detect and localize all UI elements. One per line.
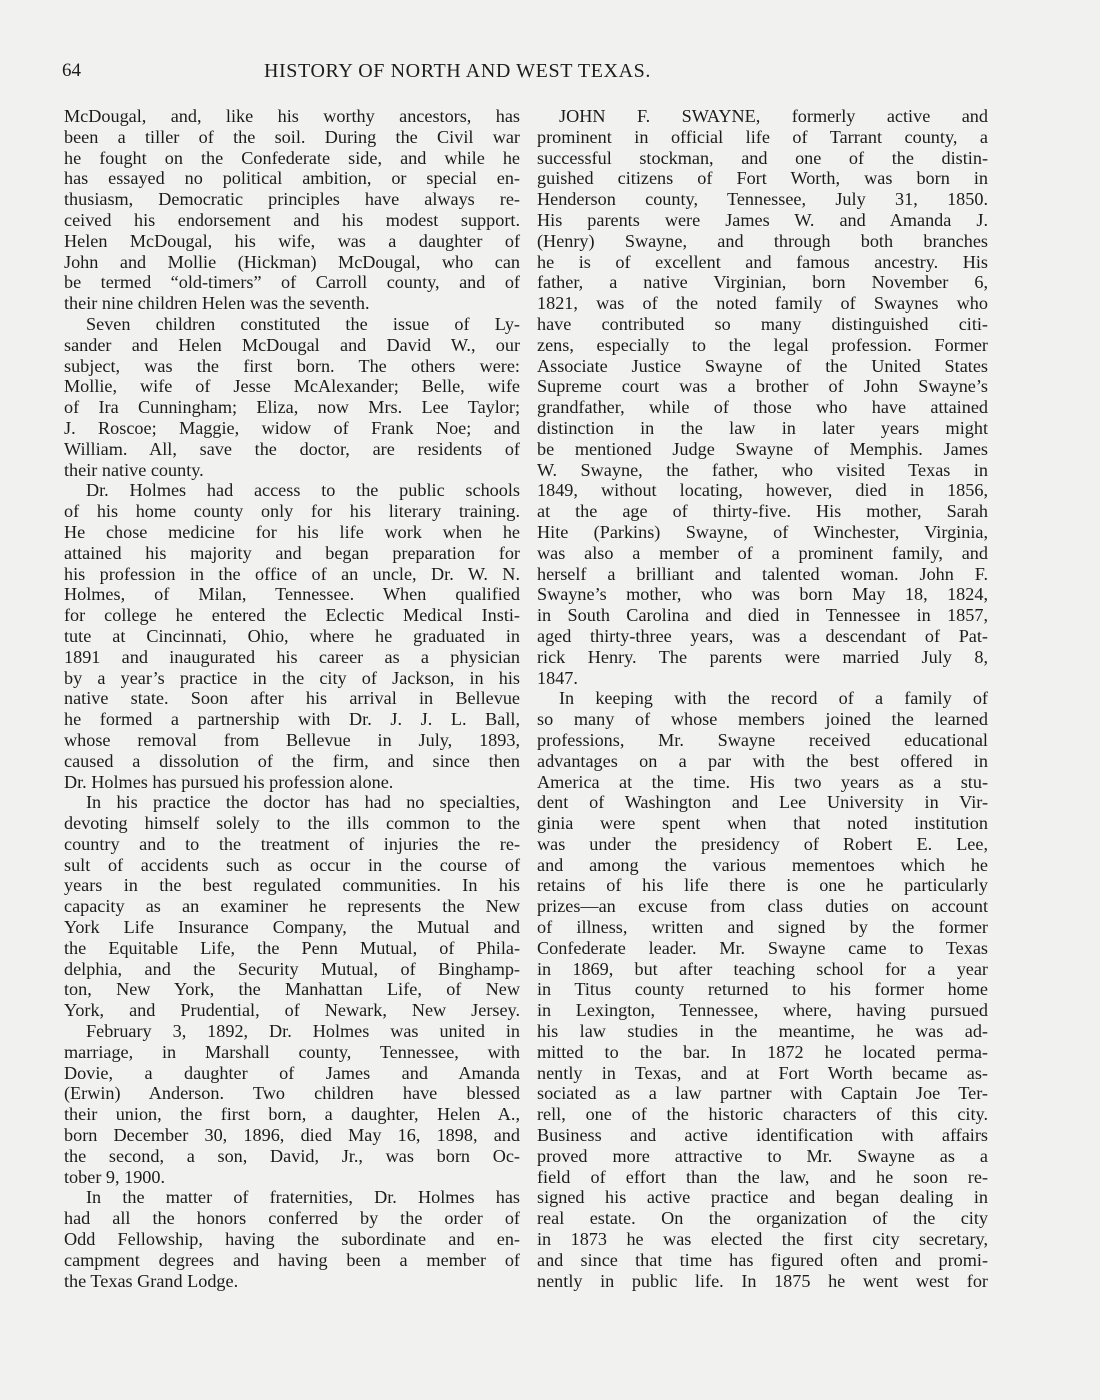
text-line: the Equitable Life, the Penn Mutual, of …: [64, 938, 520, 959]
text-line: in Titus county returned to his former h…: [537, 979, 988, 1000]
text-line: of his home county only for his literary…: [64, 501, 520, 522]
text-line: for college he entered the Eclectic Medi…: [64, 605, 520, 626]
text-line: their union, the first born, a daughter,…: [64, 1104, 520, 1125]
text-line: campment degrees and having been a membe…: [64, 1250, 520, 1271]
text-line: ceived his endorsement and his modest su…: [64, 210, 520, 231]
text-line: delphia, and the Security Mutual, of Bin…: [64, 959, 520, 980]
text-line: John and Mollie (Hickman) McDougal, who …: [64, 252, 520, 273]
text-line: grandfather, while of those who have att…: [537, 397, 988, 418]
text-line: and since that time has figured often an…: [537, 1250, 988, 1271]
text-line: had all the honors conferred by the orde…: [64, 1208, 520, 1229]
text-line: at the age of thirty-five. His mother, S…: [537, 501, 988, 522]
text-line: been a tiller of the soil. During the Ci…: [64, 127, 520, 148]
text-line: Business and active identification with …: [537, 1125, 988, 1146]
text-line: real estate. On the organization of the …: [537, 1208, 988, 1229]
text-line: York, and Prudential, of Newark, New Jer…: [64, 1000, 520, 1021]
text-line: the Texas Grand Lodge.: [64, 1271, 520, 1292]
text-line: in Lexington, Tennessee, where, having p…: [537, 1000, 988, 1021]
text-line: JOHN F. SWAYNE, formerly active and: [537, 106, 988, 127]
right-column: JOHN F. SWAYNE, formerly active andpromi…: [537, 106, 988, 1291]
text-line: devoting himself solely to the ills comm…: [64, 813, 520, 834]
text-line: by a year’s practice in the city of Jack…: [64, 668, 520, 689]
text-line: be termed “old-timers” of Carroll county…: [64, 272, 520, 293]
text-line: of illness, written and signed by the fo…: [537, 917, 988, 938]
text-line: native state. Soon after his arrival in …: [64, 688, 520, 709]
text-line: Dovie, a daughter of James and Amanda: [64, 1063, 520, 1084]
text-line: he fought on the Confederate side, and w…: [64, 148, 520, 169]
text-line: ton, New York, the Manhattan Life, of Ne…: [64, 979, 520, 1000]
text-line: Swayne’s mother, who was born May 18, 18…: [537, 584, 988, 605]
running-title: HISTORY OF NORTH AND WEST TEXAS.: [264, 60, 651, 83]
text-line: of Ira Cunningham; Eliza, now Mrs. Lee T…: [64, 397, 520, 418]
text-line: Mollie, wife of Jesse McAlexander; Belle…: [64, 376, 520, 397]
text-line: father, a native Virginian, born Novembe…: [537, 272, 988, 293]
text-line: 1891 and inaugurated his career as a phy…: [64, 647, 520, 668]
text-line: sult of accidents such as occur in the c…: [64, 855, 520, 876]
text-line: the second, a son, David, Jr., was born …: [64, 1146, 520, 1167]
text-line: February 3, 1892, Dr. Holmes was united …: [64, 1021, 520, 1042]
text-line: years in the best regulated communities.…: [64, 875, 520, 896]
text-line: he is of excellent and famous ancestry. …: [537, 252, 988, 273]
text-line: nently in public life. In 1875 he went w…: [537, 1271, 988, 1292]
text-line: born December 30, 1896, died May 16, 189…: [64, 1125, 520, 1146]
book-page: 64 HISTORY OF NORTH AND WEST TEXAS. McDo…: [0, 0, 1100, 1400]
text-line: attained his majority and began preparat…: [64, 543, 520, 564]
text-line: nently in Texas, and at Fort Worth becam…: [537, 1063, 988, 1084]
text-line: signed his active practice and began dea…: [537, 1187, 988, 1208]
text-line: 1849, without locating, however, died in…: [537, 480, 988, 501]
text-line: proved more attractive to Mr. Swayne as …: [537, 1146, 988, 1167]
text-line: tute at Cincinnati, Ohio, where he gradu…: [64, 626, 520, 647]
text-line: in 1869, but after teaching school for a…: [537, 959, 988, 980]
text-line: Helen McDougal, his wife, was a daughter…: [64, 231, 520, 252]
text-line: field of effort than the law, and he soo…: [537, 1167, 988, 1188]
text-line: professions, Mr. Swayne received educati…: [537, 730, 988, 751]
text-line: Hite (Parkins) Swayne, of Winchester, Vi…: [537, 522, 988, 543]
text-line: capacity as an examiner he represents th…: [64, 896, 520, 917]
text-line: In keeping with the record of a family o…: [537, 688, 988, 709]
text-line: J. Roscoe; Maggie, widow of Frank Noe; a…: [64, 418, 520, 439]
text-line: guished citizens of Fort Worth, was born…: [537, 168, 988, 189]
text-line: America at the time. His two years as a …: [537, 772, 988, 793]
text-line: In his practice the doctor has had no sp…: [64, 792, 520, 813]
text-line: Dr. Holmes had access to the public scho…: [64, 480, 520, 501]
text-line: retains of his life there is one he part…: [537, 875, 988, 896]
text-line: his law studies in the meantime, he was …: [537, 1021, 988, 1042]
running-head: 64 HISTORY OF NORTH AND WEST TEXAS.: [62, 60, 782, 90]
text-line: Holmes, of Milan, Tennessee. When qualif…: [64, 584, 520, 605]
text-line: Henderson county, Tennessee, July 31, 18…: [537, 189, 988, 210]
text-line: distinction in the law in later years mi…: [537, 418, 988, 439]
text-line: prominent in official life of Tarrant co…: [537, 127, 988, 148]
text-line: was also a member of a prominent family,…: [537, 543, 988, 564]
text-line: William. All, save the doctor, are resid…: [64, 439, 520, 460]
text-line: he formed a partnership with Dr. J. J. L…: [64, 709, 520, 730]
text-line: subject, was the first born. The others …: [64, 356, 520, 377]
text-line: whose removal from Bellevue in July, 189…: [64, 730, 520, 751]
text-line: successful stockman, and one of the dist…: [537, 148, 988, 169]
text-line: Associate Justice Swayne of the United S…: [537, 356, 988, 377]
text-line: in South Carolina and died in Tennessee …: [537, 605, 988, 626]
text-line: Dr. Holmes has pursued his profession al…: [64, 772, 520, 793]
text-line: Confederate leader. Mr. Swayne came to T…: [537, 938, 988, 959]
text-line: and among the various mementoes which he: [537, 855, 988, 876]
text-line: He chose medicine for his life work when…: [64, 522, 520, 543]
text-line: 1847.: [537, 668, 988, 689]
text-line: country and to the treatment of injuries…: [64, 834, 520, 855]
left-column: McDougal, and, like his worthy ancestors…: [64, 106, 520, 1291]
text-line: have contributed so many distinguished c…: [537, 314, 988, 335]
text-line: their nine children Helen was the sevent…: [64, 293, 520, 314]
text-line: be mentioned Judge Swayne of Memphis. Ja…: [537, 439, 988, 460]
page-number: 64: [62, 60, 81, 82]
text-line: has essayed no political ambition, or sp…: [64, 168, 520, 189]
text-line: in 1873 he was elected the first city se…: [537, 1229, 988, 1250]
text-line: advantages on a par with the best offere…: [537, 751, 988, 772]
text-line: tober 9, 1900.: [64, 1167, 520, 1188]
text-line: McDougal, and, like his worthy ancestors…: [64, 106, 520, 127]
text-line: York Life Insurance Company, the Mutual …: [64, 917, 520, 938]
text-line: herself a brilliant and talented woman. …: [537, 564, 988, 585]
text-line: sander and Helen McDougal and David W., …: [64, 335, 520, 356]
text-line: W. Swayne, the father, who visited Texas…: [537, 460, 988, 481]
text-line: so many of whose members joined the lear…: [537, 709, 988, 730]
text-line: His parents were James W. and Amanda J.: [537, 210, 988, 231]
text-line: Supreme court was a brother of John Sway…: [537, 376, 988, 397]
text-line: aged thirty-three years, was a descendan…: [537, 626, 988, 647]
text-line: (Henry) Swayne, and through both branche…: [537, 231, 988, 252]
text-line: rell, one of the historic characters of …: [537, 1104, 988, 1125]
text-line: Odd Fellowship, having the subordinate a…: [64, 1229, 520, 1250]
text-line: ginia were spent when that noted institu…: [537, 813, 988, 834]
text-line: In the matter of fraternities, Dr. Holme…: [64, 1187, 520, 1208]
text-line: caused a dissolution of the firm, and si…: [64, 751, 520, 772]
text-line: zens, especially to the legal profession…: [537, 335, 988, 356]
text-line: Seven children constituted the issue of …: [64, 314, 520, 335]
text-line: 1821, was of the noted family of Swaynes…: [537, 293, 988, 314]
text-line: thusiasm, Democratic principles have alw…: [64, 189, 520, 210]
text-line: sociated as a law partner with Captain J…: [537, 1083, 988, 1104]
text-line: (Erwin) Anderson. Two children have bles…: [64, 1083, 520, 1104]
text-line: dent of Washington and Lee University in…: [537, 792, 988, 813]
text-line: their native county.: [64, 460, 520, 481]
text-line: marriage, in Marshall county, Tennessee,…: [64, 1042, 520, 1063]
text-line: prizes—an excuse from class duties on ac…: [537, 896, 988, 917]
text-line: was under the presidency of Robert E. Le…: [537, 834, 988, 855]
text-line: his profession in the office of an uncle…: [64, 564, 520, 585]
text-line: mitted to the bar. In 1872 he located pe…: [537, 1042, 988, 1063]
text-line: rick Henry. The parents were married Jul…: [537, 647, 988, 668]
